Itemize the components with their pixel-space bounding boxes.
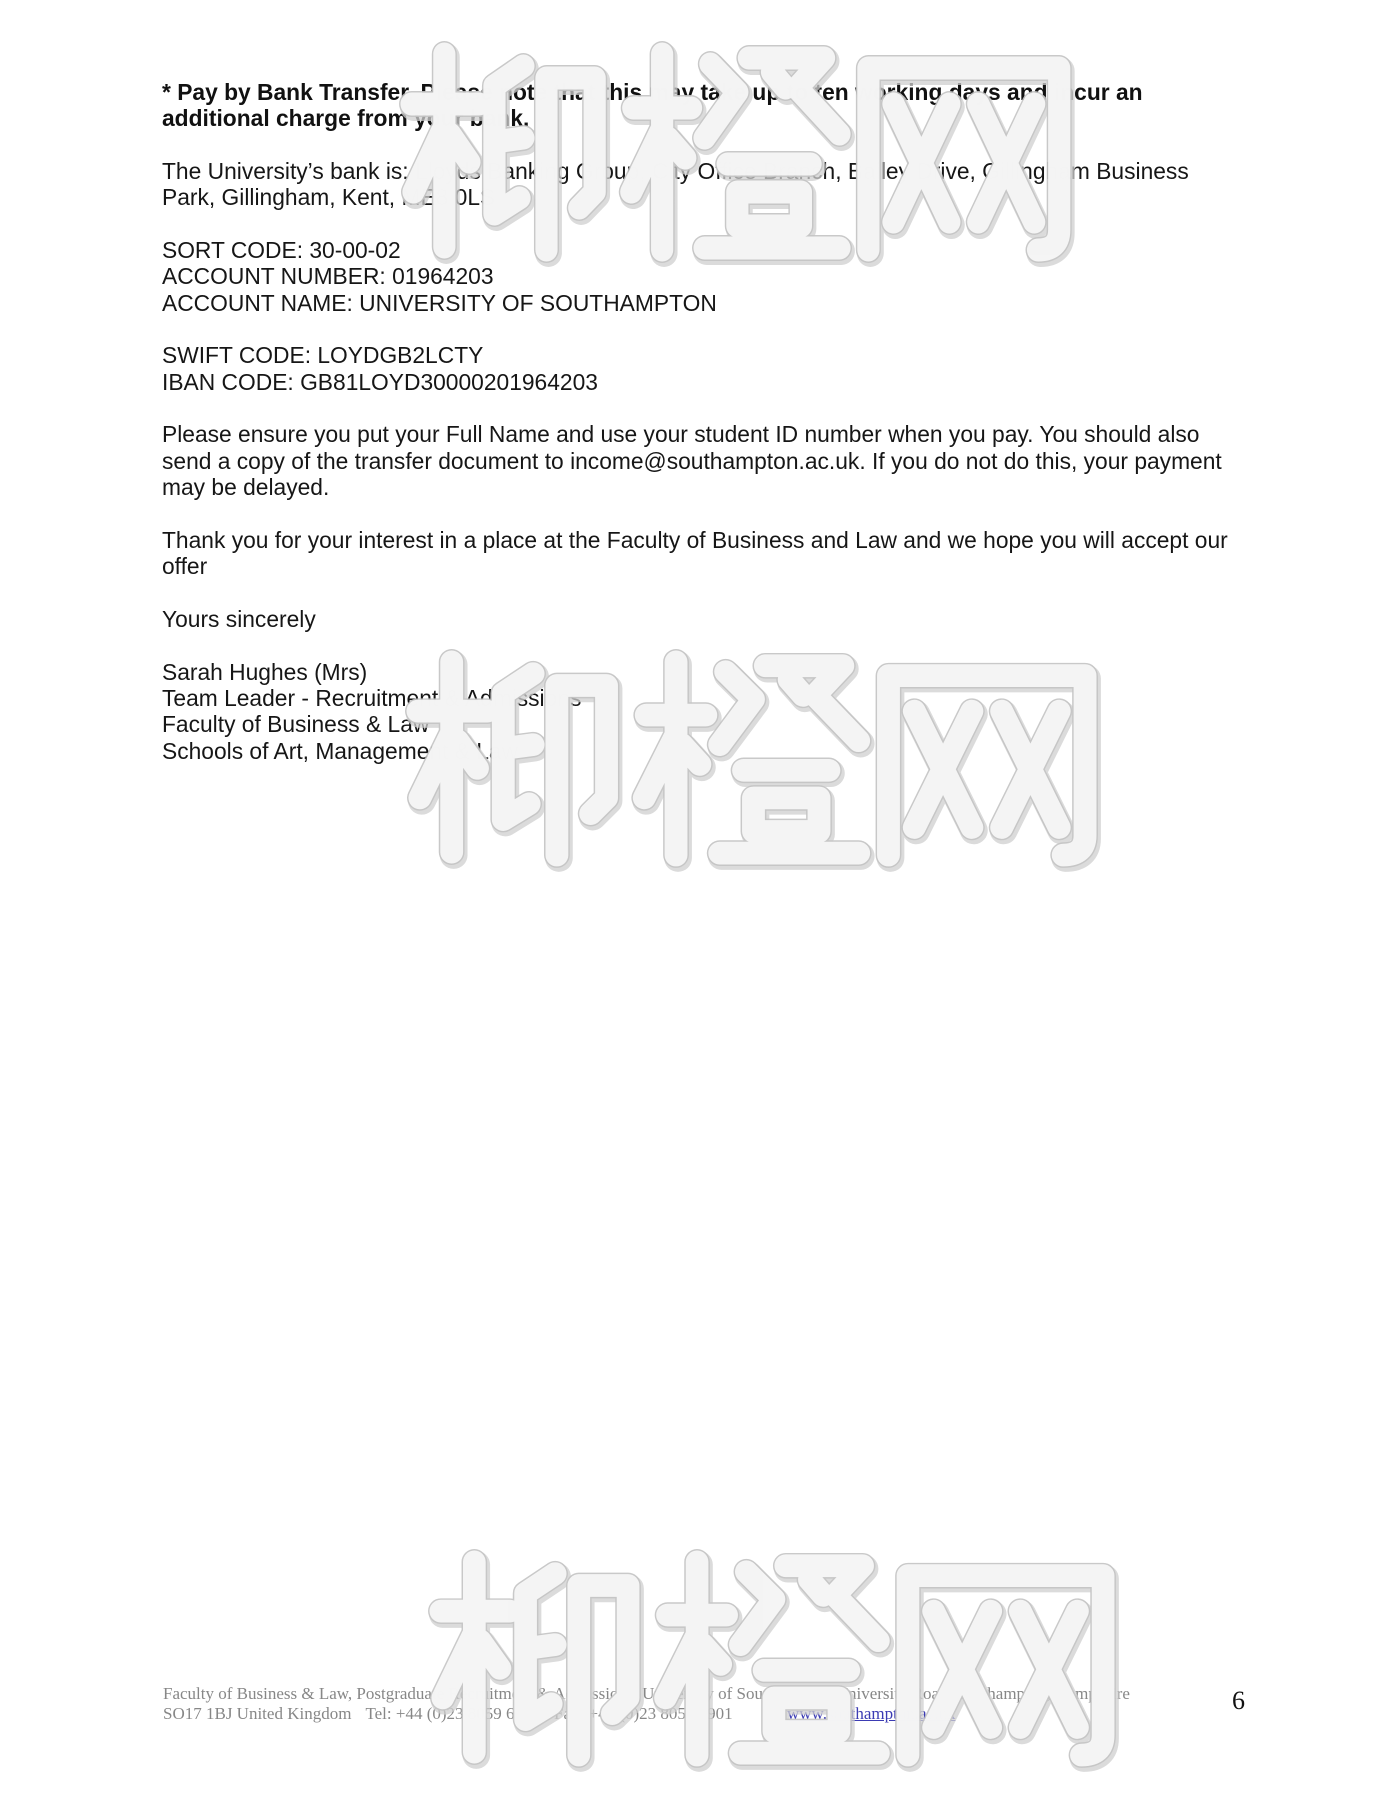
spacer [162, 395, 1228, 421]
footer-address: Faculty of Business & Law, Postgraduate … [163, 1684, 1130, 1704]
income-email: income@southampton.ac.uk [570, 448, 859, 474]
document-page: * Pay by Bank Transfer. Please note that… [0, 0, 1400, 1811]
instructions-text: . If you do not do this, your payment [859, 448, 1221, 474]
spacer [162, 632, 1228, 658]
salutation: Yours sincerely [162, 606, 1228, 632]
bank-address-line-2: Park, Gillingham, Kent, ME8 0LS [162, 184, 1228, 210]
instructions-line-3: may be delayed. [162, 474, 1228, 500]
sort-code: SORT CODE: 30-00-02 [162, 237, 1228, 263]
footer-tel: Tel: +44 (0)23 8059 6965 [365, 1704, 540, 1723]
footer-postcode: SO17 1BJ United Kingdom [163, 1704, 351, 1723]
footer-fax: Fax: +44 (0)23 8059 6901 [554, 1704, 733, 1723]
website-link[interactable]: www.southampton.ac.uk [787, 1704, 955, 1724]
watermark-glyphs [429, 1550, 1109, 1762]
page-footer: Faculty of Business & Law, Postgraduate … [163, 1684, 1130, 1723]
closing-line-1: Thank you for your interest in a place a… [162, 527, 1228, 553]
signatory-schools: Schools of Art, Management & Law [162, 738, 1228, 764]
bank-address-line-1: The University’s bank is: Lloyds Banking… [162, 158, 1228, 184]
signatory-name: Sarah Hughes (Mrs) [162, 659, 1228, 685]
account-number: ACCOUNT NUMBER: 01964203 [162, 263, 1228, 289]
spacer [162, 316, 1228, 342]
page-number: 6 [1232, 1686, 1245, 1716]
spacer [162, 580, 1228, 606]
instructions-text: send a copy of the transfer document to [162, 448, 570, 474]
signatory-title: Team Leader - Recruitment & Admissions [162, 685, 1228, 711]
spacer [162, 211, 1228, 237]
letter-body: * Pay by Bank Transfer. Please note that… [162, 79, 1228, 764]
instructions-line-1: Please ensure you put your Full Name and… [162, 421, 1228, 447]
spacer [162, 132, 1228, 158]
account-name: ACCOUNT NAME: UNIVERSITY OF SOUTHAMPTON [162, 290, 1228, 316]
payment-notice-line-1: * Pay by Bank Transfer. Please note that… [162, 79, 1228, 105]
instructions-line-2: send a copy of the transfer document to … [162, 448, 1228, 474]
signatory-faculty: Faculty of Business & Law [162, 711, 1228, 737]
swift-code: SWIFT CODE: LOYDGB2LCTY [162, 342, 1228, 368]
payment-notice-line-2: additional charge from your bank. [162, 105, 1228, 131]
closing-line-2: offer [162, 553, 1228, 579]
spacer [162, 501, 1228, 527]
watermark [429, 1550, 1109, 1762]
footer-contact-line: SO17 1BJ United KingdomTel: +44 (0)23 80… [163, 1704, 1130, 1724]
iban-code: IBAN CODE: GB81LOYD30000201964203 [162, 369, 1228, 395]
